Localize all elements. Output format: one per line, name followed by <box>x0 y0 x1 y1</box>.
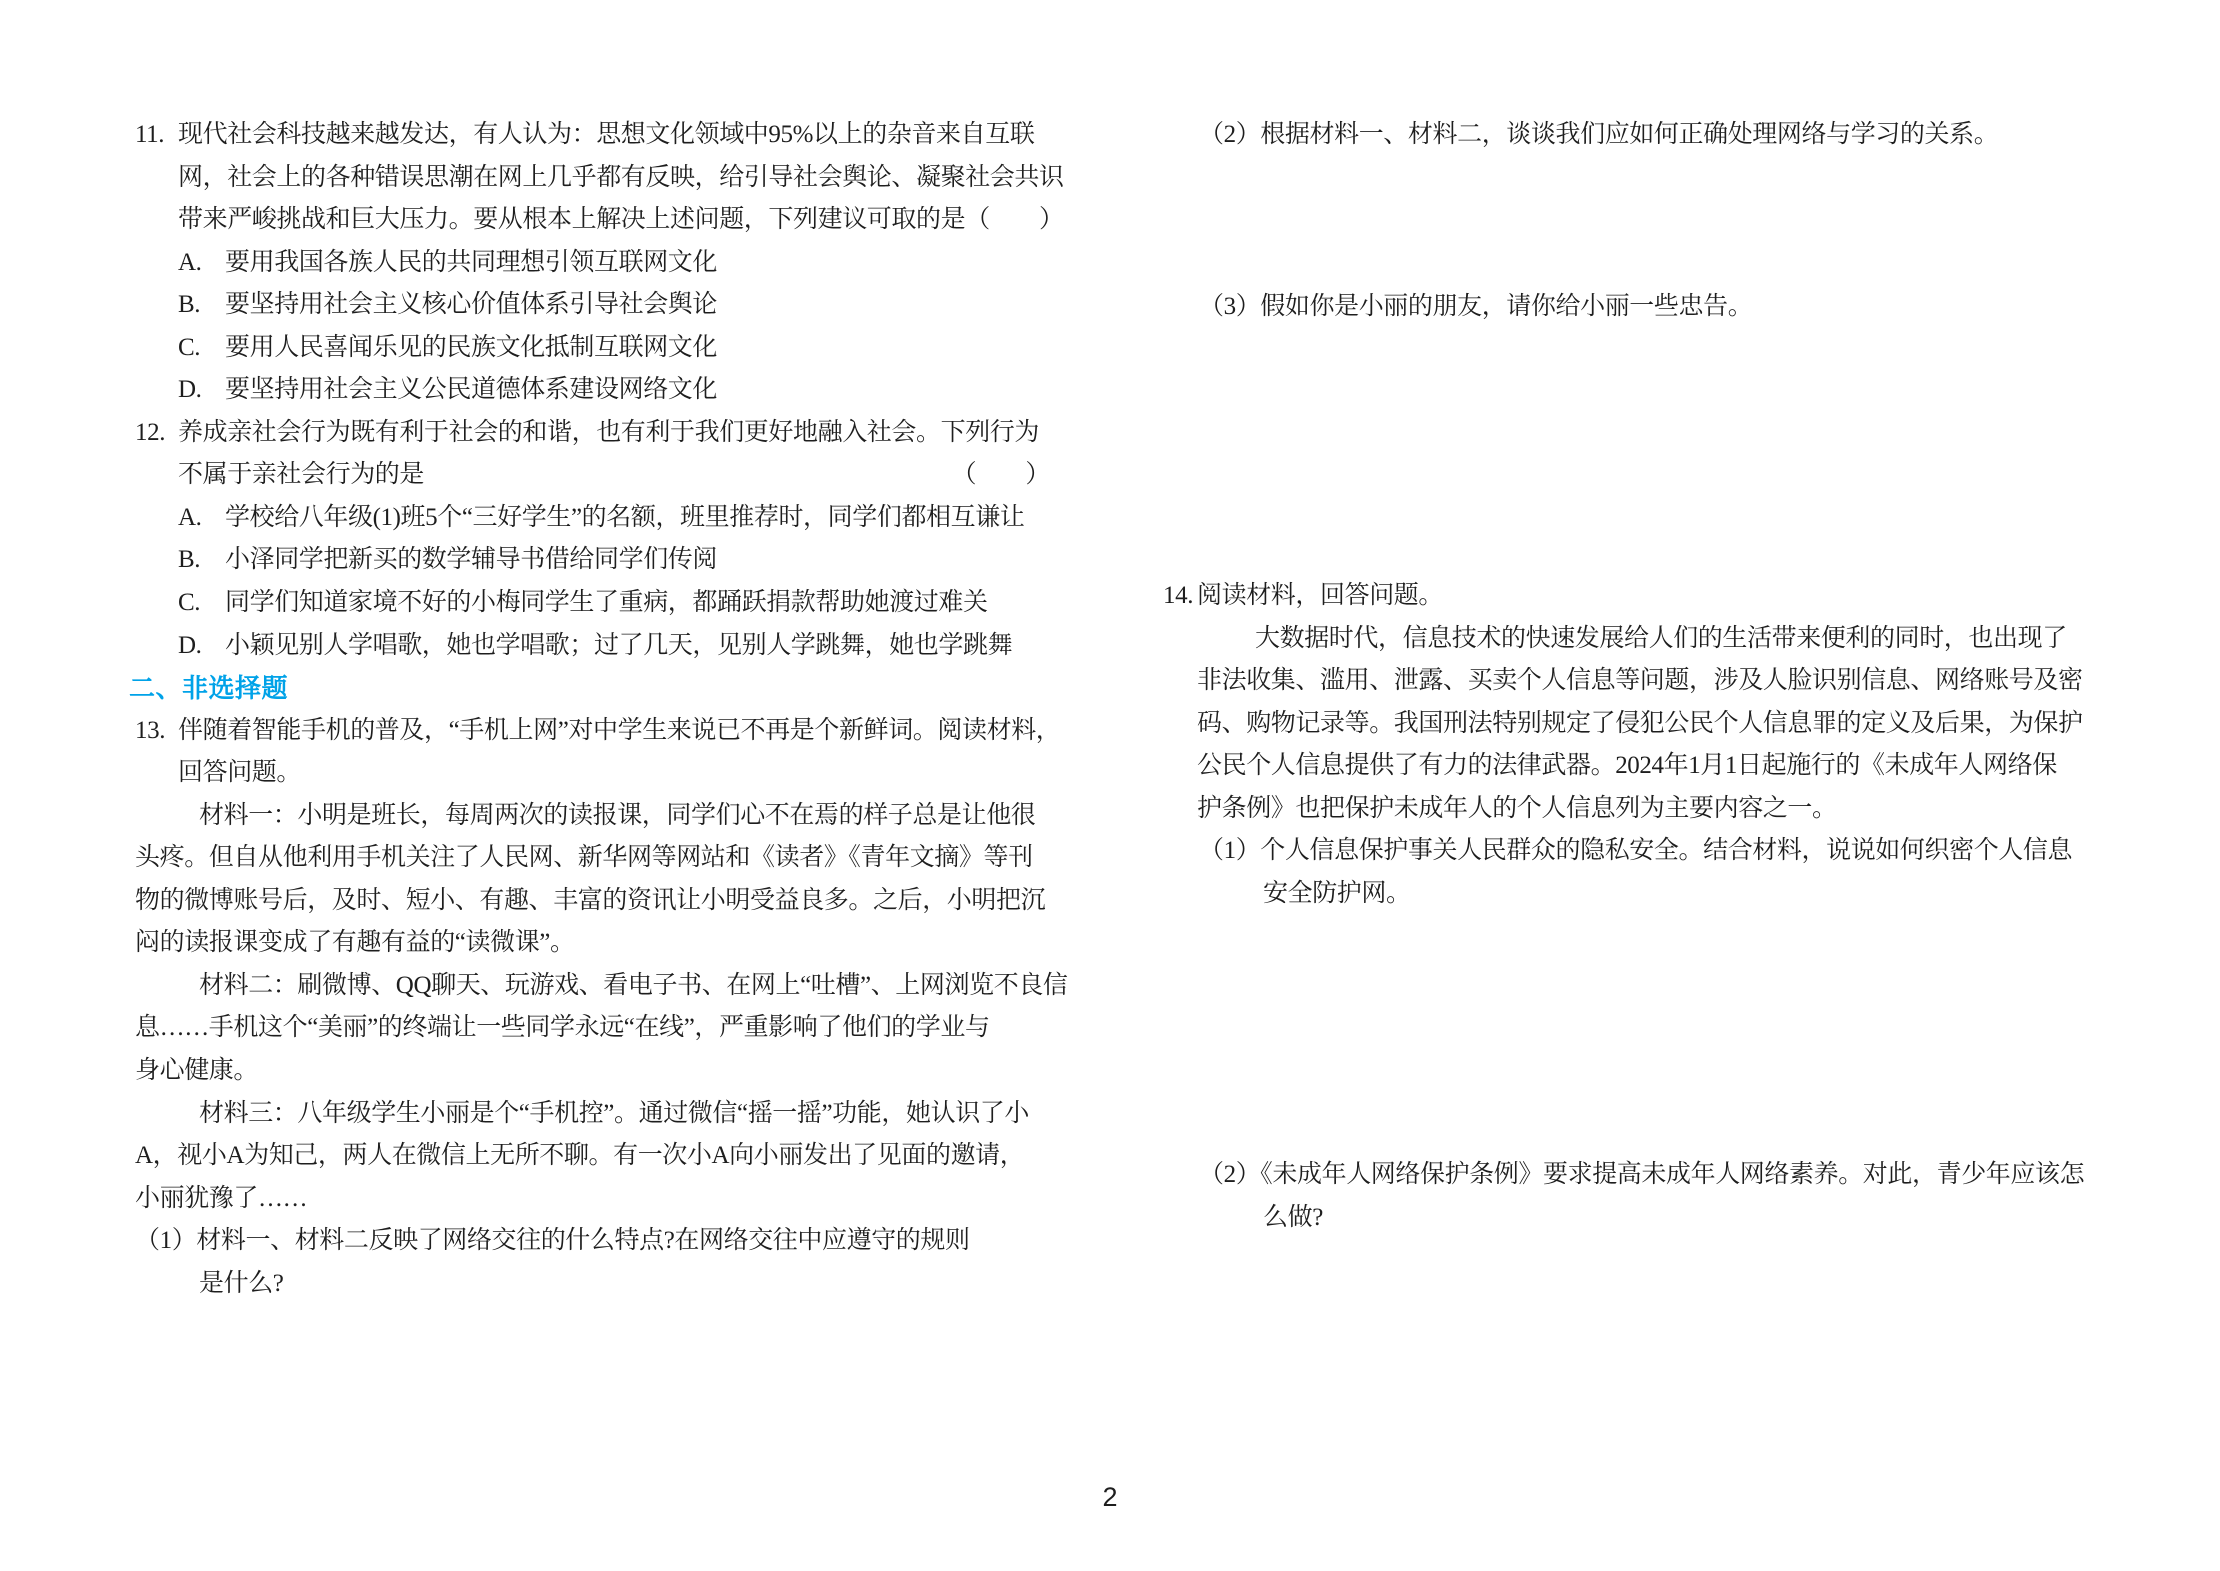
option-text: 要用人民喜闻乐见的民族文化抵制互联网文化 <box>225 334 717 361</box>
question-11-option-c: C.要用人民喜闻乐见的民族文化抵制互联网文化 <box>135 327 1050 370</box>
option-letter: A. <box>178 242 225 285</box>
question-13-number: 13. <box>135 710 178 753</box>
question-14-material-line-5: 护条例》也把保护未成年人的个人信息列为主要内容之一。 <box>1163 788 2108 831</box>
option-letter: C. <box>178 582 225 625</box>
question-14: 14.阅读材料，回答问题。 大数据时代，信息技术的快速发展给人们的生活带来便利的… <box>1163 575 2108 915</box>
option-text: 学校给八年级(1)班5个“三好学生”的名额，班里推荐时，同学们都相互谦让 <box>225 504 1024 531</box>
question-13-sub-3: （3）假如你是小丽的朋友，请你给小丽一些忠告。 <box>1163 286 2108 329</box>
question-13-sub-2-line-1: （2）根据材料一、材料二，谈谈我们应如何正确处理网络与学习的关系。 <box>1199 114 2108 157</box>
material-1-line-1: 材料一：小明是班长，每周两次的读报课，同学们心不在焉的样子总是让他很 <box>135 795 1050 838</box>
option-letter: B. <box>178 284 225 327</box>
answer-bracket: （ ） <box>965 199 1063 242</box>
material-2-line-2: 息……手机这个“美丽”的终端让一些同学永远“在线”，严重影响了他们的学业与 <box>135 1007 1050 1050</box>
question-12-number: 12. <box>135 412 178 455</box>
option-text: 要坚持用社会主义公民道德体系建设网络文化 <box>225 376 717 403</box>
question-12-stem-text: 养成亲社会行为既有利于社会的和谐，也有利于我们更好地融入社会。下列行为 <box>178 419 1039 446</box>
option-text: 同学们知道家境不好的小梅同学生了重病，都踊跃捐款帮助她渡过难关 <box>225 589 988 616</box>
question-12-option-d: D.小颖见别人学唱歌，她也学唱歌；过了几天，见别人学跳舞，她也学跳舞 <box>135 625 1050 668</box>
section-2-header: 二、非选择题 <box>129 667 1050 710</box>
question-14-sub-2-line-2: 么做? <box>1199 1197 2108 1240</box>
material-1-line-3: 物的微博账号后，及时、短小、有趣、丰富的资讯让小明受益良多。之后，小明把沉 <box>135 880 1050 923</box>
question-14-sub-2: （2）《未成年人网络保护条例》要求提高未成年人网络素养。对此，青少年应该怎 么做… <box>1163 1154 2108 1239</box>
question-13-sub-3-line-1: （3）假如你是小丽的朋友，请你给小丽一些忠告。 <box>1199 286 2108 329</box>
question-12-stem-line-2: 不属于亲社会行为的是（ ） <box>135 454 1050 497</box>
question-12-option-a: A.学校给八年级(1)班5个“三好学生”的名额，班里推荐时，同学们都相互谦让 <box>135 497 1050 540</box>
question-14-material-line-3: 码、购物记录等。我国刑法特别规定了侵犯公民个人信息罪的定义及后果，为保护 <box>1163 703 2108 746</box>
question-13-stem-line-2: 回答问题。 <box>135 752 1050 795</box>
material-2-line-1: 材料二：刷微博、QQ聊天、玩游戏、看电子书、在网上“吐槽”、上网浏览不良信 <box>135 965 1050 1008</box>
question-13-sub-1-line-2: 是什么? <box>135 1263 1050 1306</box>
question-14-stem-line: 14.阅读材料，回答问题。 <box>1163 575 2108 618</box>
option-text: 小泽同学把新买的数学辅导书借给同学们传阅 <box>225 546 717 573</box>
option-letter: D. <box>178 625 225 668</box>
question-12-option-b: B.小泽同学把新买的数学辅导书借给同学们传阅 <box>135 539 1050 582</box>
page-number: 2 <box>0 1482 2220 1513</box>
material-1-line-4: 闷的读报课变成了有趣有益的“读微课”。 <box>135 922 1050 965</box>
option-letter: A. <box>178 497 225 540</box>
material-2-line-3: 身心健康。 <box>135 1050 1050 1093</box>
question-11-option-d: D.要坚持用社会主义公民道德体系建设网络文化 <box>135 369 1050 412</box>
material-3-line-1: 材料三：八年级学生小丽是个“手机控”。通过微信“摇一摇”功能，她认识了小 <box>135 1093 1050 1136</box>
question-11-stem-text: 带来严峻挑战和巨大压力。要从根本上解决上述问题，下列建议可取的是 <box>178 199 965 242</box>
question-13-sub-2: （2）根据材料一、材料二，谈谈我们应如何正确处理网络与学习的关系。 <box>1163 114 2108 157</box>
option-text: 要用我国各族人民的共同理想引领互联网文化 <box>225 249 717 276</box>
question-13-stem-text: 伴随着智能手机的普及，“手机上网”对中学生来说已不再是个新鲜词。阅读材料， <box>178 717 1060 744</box>
material-3-line-3: 小丽犹豫了…… <box>135 1178 1050 1221</box>
option-letter: C. <box>178 327 225 370</box>
question-14-sub-2-line-1: （2）《未成年人网络保护条例》要求提高未成年人网络素养。对此，青少年应该怎 <box>1199 1154 2108 1197</box>
question-12-stem-line-1: 12.养成亲社会行为既有利于社会的和谐，也有利于我们更好地融入社会。下列行为 <box>135 412 1050 455</box>
option-text: 小颖见别人学唱歌，她也学唱歌；过了几天，见别人学跳舞，她也学跳舞 <box>225 632 1012 659</box>
question-11-option-a: A.要用我国各族人民的共同理想引领互联网文化 <box>135 242 1050 285</box>
question-11-option-b: B.要坚持用社会主义核心价值体系引导社会舆论 <box>135 284 1050 327</box>
material-3-line-2: A，视小A为知己，两人在微信上无所不聊。有一次小A向小丽发出了见面的邀请， <box>135 1135 1050 1178</box>
answer-bracket: （ ） <box>952 454 1050 497</box>
question-12-option-c: C.同学们知道家境不好的小梅同学生了重病，都踊跃捐款帮助她渡过难关 <box>135 582 1050 625</box>
question-13-sub-1-line-1: （1）材料一、材料二反映了网络交往的什么特点?在网络交往中应遵守的规则 <box>135 1220 1050 1263</box>
question-14-number: 14. <box>1163 575 1197 618</box>
question-11-number: 11. <box>135 114 178 157</box>
question-14-material-line-1: 大数据时代，信息技术的快速发展给人们的生活带来便利的同时，也出现了 <box>1163 618 2108 661</box>
question-11-stem-text: 现代社会科技越来越发达，有人认为：思想文化领域中95%以上的杂音来自互联 <box>178 121 1034 148</box>
option-letter: D. <box>178 369 225 412</box>
left-column: 11.现代社会科技越来越发达，有人认为：思想文化领域中95%以上的杂音来自互联 … <box>135 114 1050 1305</box>
question-14-sub-1-line-2: 安全防护网。 <box>1199 873 2108 916</box>
exam-page: 11.现代社会科技越来越发达，有人认为：思想文化领域中95%以上的杂音来自互联 … <box>0 0 2220 1571</box>
right-column: （2）根据材料一、材料二，谈谈我们应如何正确处理网络与学习的关系。 （3）假如你… <box>1163 0 2108 1571</box>
question-11-stem-line-2: 网，社会上的各种错误思潮在网上几乎都有反映，给引导社会舆论、凝聚社会共识 <box>135 157 1050 200</box>
question-13-stem-line-1: 13.伴随着智能手机的普及，“手机上网”对中学生来说已不再是个新鲜词。阅读材料， <box>135 710 1050 753</box>
question-14-sub-1-line-1: （1）个人信息保护事关人民群众的隐私安全。结合材料，说说如何织密个人信息 <box>1199 830 2108 873</box>
question-11-stem-line-1: 11.现代社会科技越来越发达，有人认为：思想文化领域中95%以上的杂音来自互联 <box>135 114 1050 157</box>
question-14-material-line-2: 非法收集、滥用、泄露、买卖个人信息等问题，涉及人脸识别信息、网络账号及密 <box>1163 660 2108 703</box>
material-1-line-2: 头疼。但自从他利用手机关注了人民网、新华网等网站和《读者》《青年文摘》等刊 <box>135 837 1050 880</box>
question-12-stem-text: 不属于亲社会行为的是 <box>178 454 424 497</box>
question-14-stem-text: 阅读材料，回答问题。 <box>1197 582 1443 609</box>
option-letter: B. <box>178 539 225 582</box>
question-14-material-line-4: 公民个人信息提供了有力的法律武器。2024年1月1日起施行的《未成年人网络保 <box>1163 745 2108 788</box>
question-11-stem-line-3: 带来严峻挑战和巨大压力。要从根本上解决上述问题，下列建议可取的是（ ） <box>135 199 1050 242</box>
option-text: 要坚持用社会主义核心价值体系引导社会舆论 <box>225 291 717 318</box>
